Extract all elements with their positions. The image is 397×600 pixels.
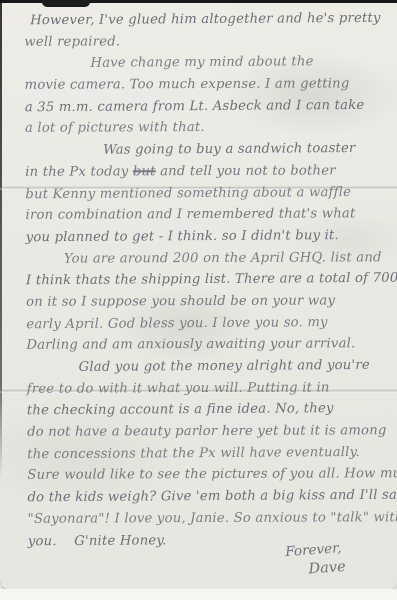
- letter-line: Have change my mind about the: [24, 51, 389, 75]
- letter-line: do not have a beauty parlor here yet but…: [27, 420, 392, 443]
- letter-text: the concessions that the Px will have ev…: [27, 445, 360, 462]
- letter-line: movie camera. Too much expense. I am get…: [25, 73, 390, 96]
- letter-text: a lot of pictures with that.: [25, 120, 205, 136]
- letter-body: However, I've glued him altogether and h…: [24, 8, 393, 553]
- letter-line: but Kenny mentioned something about a wa…: [25, 181, 390, 205]
- letter-text: movie camera. Too much expense. I am get…: [25, 76, 350, 92]
- letter-text: "Sayonara"! I love you, Janie. So anxiou…: [28, 510, 397, 527]
- letter-text: early April. God bless you. I love you s…: [26, 315, 327, 332]
- letter-text: a 35 m.m. camera from Lt. Asbeck and I c…: [25, 98, 365, 115]
- letter-line: a 35 m.m. camera from Lt. Asbeck and I c…: [25, 94, 390, 118]
- letter-line: iron combination and I remembered that's…: [26, 203, 391, 226]
- letter-line: you planned to get - I think. so I didn'…: [26, 225, 391, 249]
- letter-line: free to do with it what you will. Puttin…: [27, 377, 392, 400]
- letter-text: iron combination and I remembered that's…: [26, 207, 356, 223]
- letter-line: in the Px today but and tell you not to …: [25, 160, 390, 183]
- letter-line: Glad you got the money alright and you'r…: [27, 355, 392, 379]
- letter-line: You are around 200 on the April GHQ. lis…: [26, 247, 391, 270]
- signature: Dave: [308, 558, 346, 580]
- letter-text: Darling and am anxiously awaiting your a…: [26, 337, 355, 353]
- letter-line: the concessions that the Px will have ev…: [27, 441, 392, 465]
- letter-text: You are around 200 on the April GHQ. lis…: [64, 250, 382, 266]
- letter-text: in the Px today: [25, 164, 133, 179]
- valediction: Forever,: [285, 540, 342, 560]
- letter-line: a lot of pictures with that.: [25, 117, 390, 140]
- scan-edge-top-notch: [42, 0, 90, 7]
- scanned-letter-page: However, I've glued him altogether and h…: [0, 0, 397, 600]
- letter-text: However, I've glued him altogether and h…: [30, 11, 381, 28]
- letter-text: but Kenny mentioned something about a wa…: [25, 185, 351, 202]
- struck-word: but: [133, 164, 156, 179]
- letter-text: Have change my mind about the: [90, 55, 313, 72]
- letter-line: However, I've glued him altogether and h…: [24, 8, 389, 32]
- scan-background-bottom: [0, 589, 397, 600]
- letter-line: do the kids weigh? Give 'em both a big k…: [27, 485, 392, 509]
- letter-text: you planned to get - I think. so I didn'…: [26, 228, 339, 245]
- letter-text: free to do with it what you will. Puttin…: [27, 380, 330, 396]
- letter-line: early April. God bless you. I love you s…: [26, 311, 391, 335]
- letter-line: "Sayonara"! I love you, Janie. So anxiou…: [28, 507, 393, 530]
- letter-text: Glad you got the money alright and you'r…: [79, 358, 370, 375]
- letter-line: Darling and am anxiously awaiting your a…: [26, 334, 391, 357]
- letter-text: and tell you not to bother: [156, 163, 336, 179]
- letter-line: I think thats the shipping list. There a…: [26, 268, 391, 292]
- letter-line: on it so I suppose you should be on your…: [26, 290, 391, 313]
- letter-text: I think thats the shipping list. There a…: [26, 271, 397, 289]
- letter-line: Sure would like to see the pictures of y…: [27, 464, 392, 487]
- letter-line: the checking account is a fine idea. No,…: [27, 398, 392, 422]
- letter-text: on it so I suppose you should be on your…: [26, 293, 335, 309]
- letter-line: Was going to buy a sandwich toaster: [25, 138, 390, 162]
- letter-text: Sure would like to see the pictures of y…: [27, 467, 397, 484]
- letter-text: Was going to buy a sandwich toaster: [103, 141, 356, 158]
- letter-text: the checking account is a fine idea. No,…: [27, 402, 334, 419]
- letter-text: do not have a beauty parlor here yet but…: [27, 423, 387, 440]
- letter-closing: Forever, Dave: [285, 539, 347, 581]
- scan-edge-left: [0, 0, 2, 478]
- letter-line: well repaired.: [24, 30, 389, 53]
- letter-text: do the kids weigh? Give 'em both a big k…: [27, 488, 397, 506]
- letter-text: you. G'nite Honey.: [28, 533, 167, 549]
- letter-text: well repaired.: [24, 34, 120, 49]
